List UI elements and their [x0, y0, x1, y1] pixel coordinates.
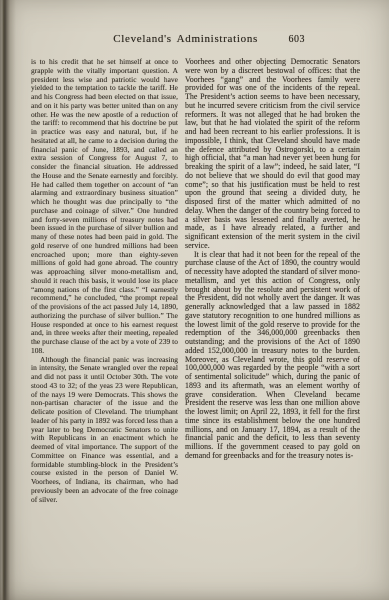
left-column: is to his credit that he set himself at …: [31, 58, 178, 504]
book-page-scan: Cleveland's Administrations 603 is to hi…: [0, 0, 389, 600]
paragraph: Voorhees and other objecting Democratic …: [185, 58, 360, 251]
text-block: is to his credit that he set himself at …: [31, 58, 360, 504]
page-gutter-shadow: [0, 0, 16, 600]
paragraph: is to his credit that he set himself at …: [31, 58, 178, 356]
chapter-title: Cleveland's Administrations: [113, 33, 258, 45]
running-head: Cleveland's Administrations 603: [31, 33, 360, 47]
paragraph: Although the financial panic was increas…: [31, 356, 178, 505]
right-column: Voorhees and other objecting Democratic …: [185, 58, 360, 504]
paragraph: It is clear that had it not been for the…: [185, 251, 360, 461]
page-number: 603: [289, 34, 306, 45]
